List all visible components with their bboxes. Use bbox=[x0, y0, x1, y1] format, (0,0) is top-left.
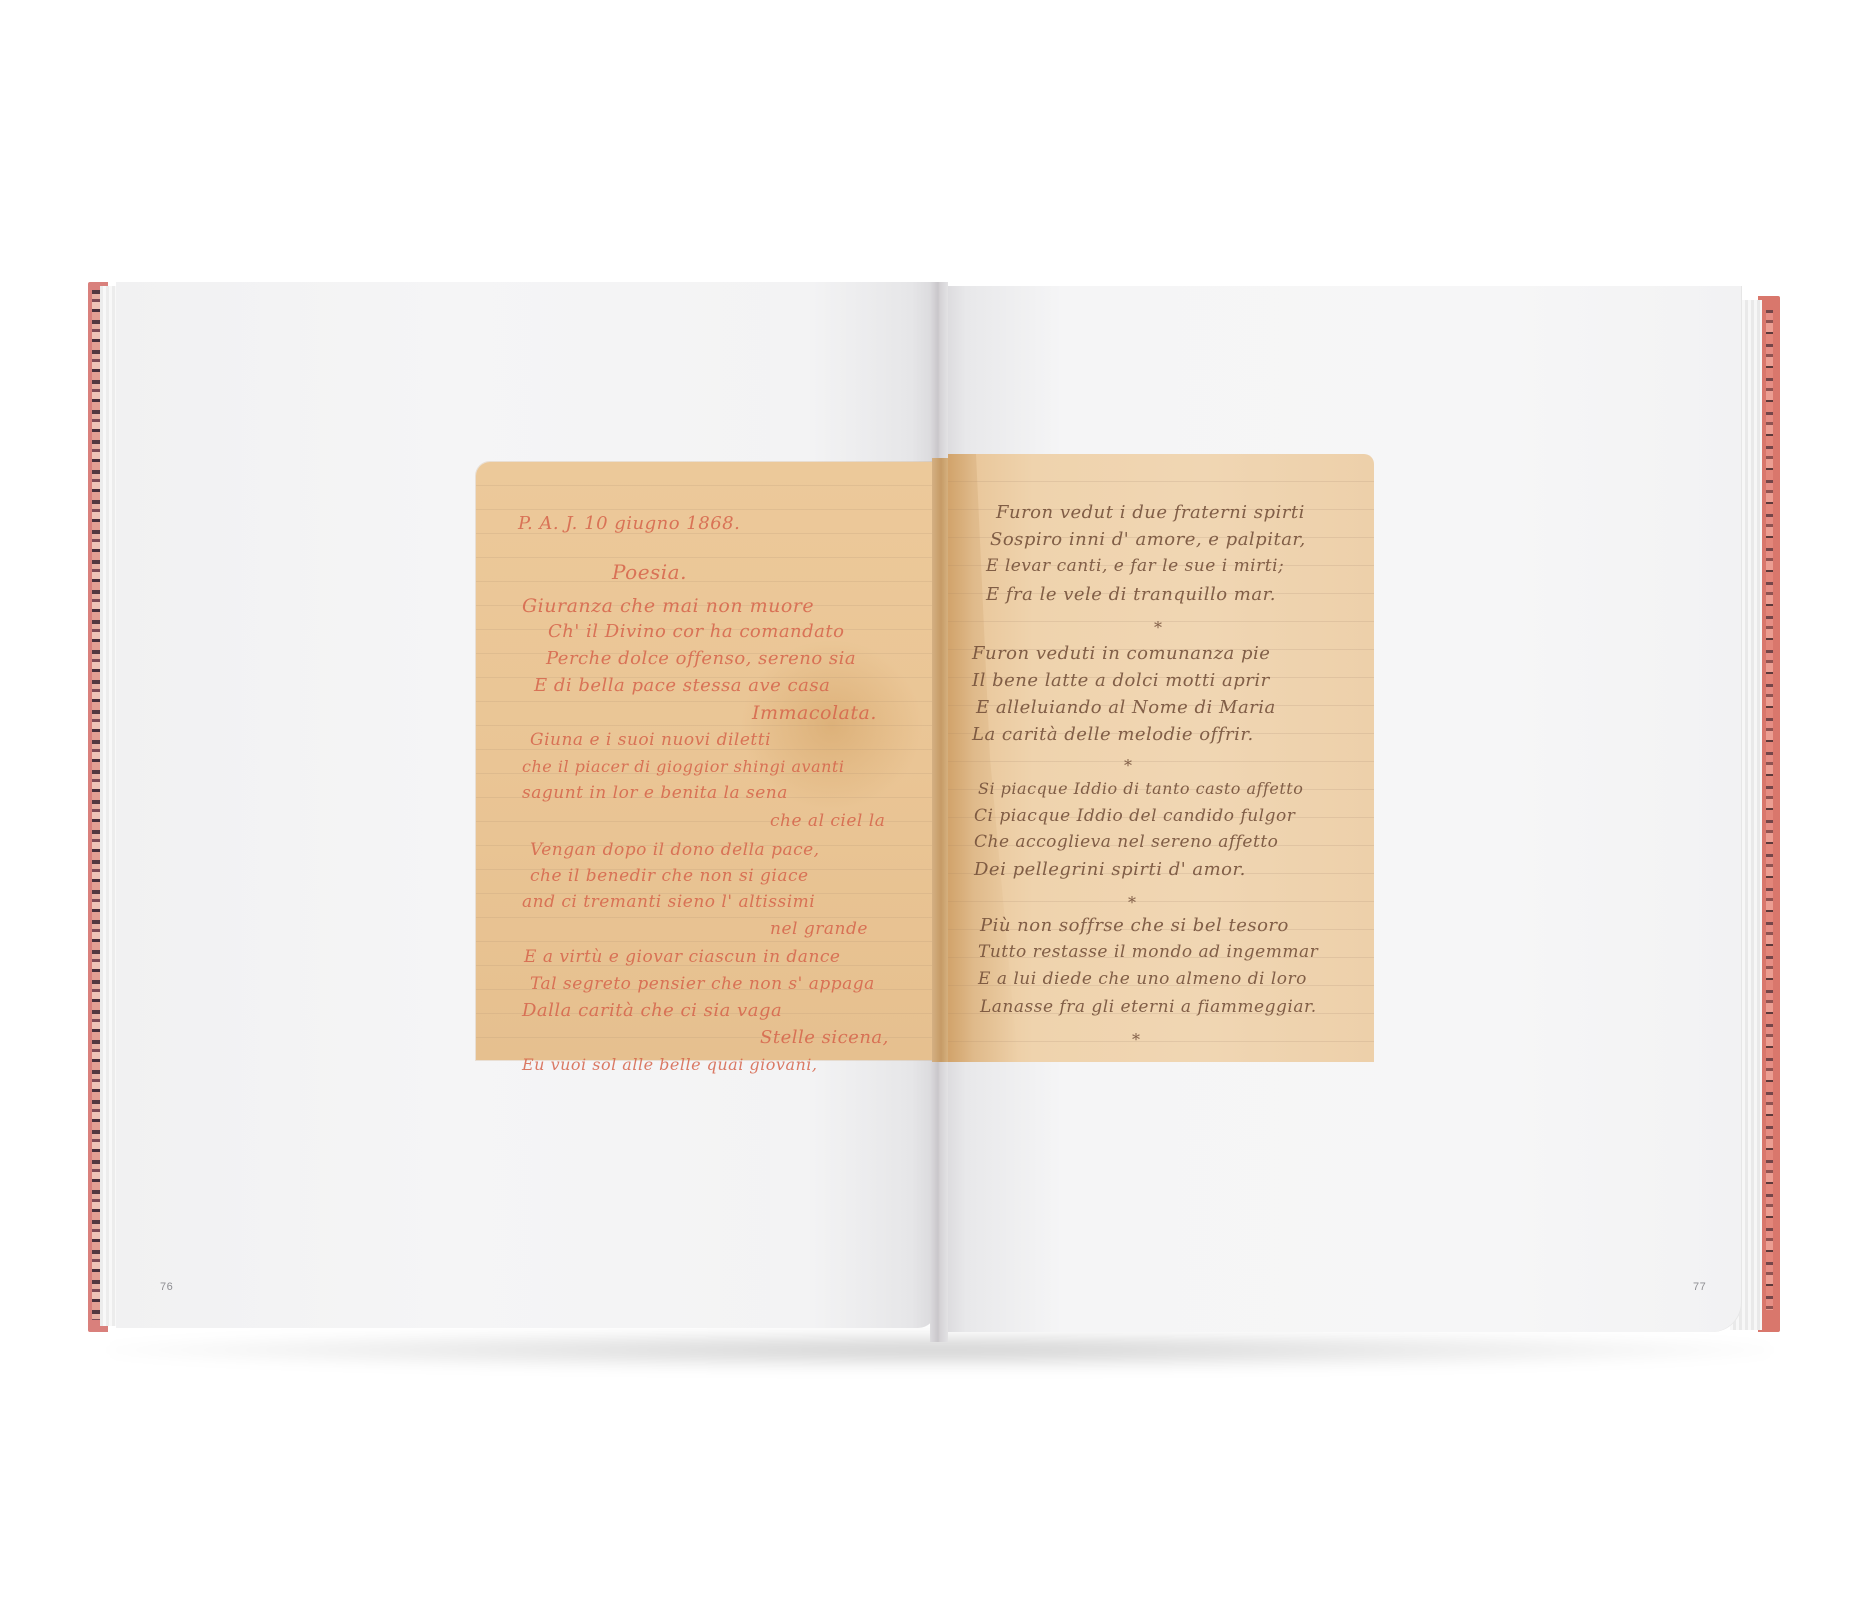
manuscript-line: E a lui diede che uno almeno di loro bbox=[978, 969, 1307, 989]
manuscript-line: Sospiro inni d' amore, e palpitar, bbox=[990, 529, 1306, 550]
manuscript-line: Il bene latte a dolci motti aprir bbox=[972, 670, 1270, 691]
manuscript-line: Che accoglieva nel sereno affetto bbox=[974, 832, 1278, 852]
manuscript-line: Vengan dopo il dono della pace, bbox=[530, 840, 820, 860]
manuscript-line: sagunt in lor e benita la sena bbox=[522, 783, 788, 803]
manuscript-line: Eu vuoi sol alle belle quai giovani, bbox=[522, 1055, 818, 1074]
manuscript-line: Dei pellegrini spirti d' amor. bbox=[974, 859, 1246, 880]
open-book-photo: 76 77 P. A. J. 10 giugno 1868. Poesia. G… bbox=[0, 0, 1850, 1600]
marbled-endpaper-right bbox=[1766, 310, 1773, 1310]
manuscript-line: E fra le vele di tranquillo mar. bbox=[986, 584, 1276, 605]
manuscript-line: Stelle sicena, bbox=[760, 1027, 889, 1048]
manuscript-title: Poesia. bbox=[612, 560, 687, 584]
manuscript-line: nel grande bbox=[770, 919, 868, 939]
manuscript-date-line: P. A. J. 10 giugno 1868. bbox=[518, 513, 740, 534]
manuscript-line: Dalla carità che ci sia vaga bbox=[522, 1000, 782, 1021]
manuscript-line: E di bella pace stessa ave casa bbox=[534, 675, 830, 696]
manuscript-line: E alleluiando al Nome di Maria bbox=[976, 697, 1276, 718]
manuscript-line: E a virtù e giovar ciascun in dance bbox=[524, 947, 840, 967]
manuscript-line: che il benedir che non si giace bbox=[530, 866, 809, 886]
manuscript-line: Più non soffrse che si bel tesoro bbox=[980, 915, 1289, 936]
manuscript-line: Giuranza che mai non muore bbox=[522, 595, 814, 617]
manuscript-line: Tutto restasse il mondo ad ingemmar bbox=[978, 942, 1318, 962]
manuscript-line: Immacolata. bbox=[752, 702, 877, 724]
marbled-endpaper-left bbox=[92, 290, 100, 1320]
manuscript-line: E levar canti, e far le sue i mirti; bbox=[986, 556, 1284, 576]
manuscript-line: Perche dolce offenso, sereno sia bbox=[546, 648, 856, 669]
page-number-left: 76 bbox=[160, 1281, 173, 1293]
manuscript-line: Tal segreto pensier che non s' appaga bbox=[530, 974, 875, 994]
verse-separator-star: * bbox=[1154, 618, 1163, 637]
manuscript-line: Furon veduti in comunanza pie bbox=[972, 643, 1270, 664]
verse-separator-star: * bbox=[1124, 756, 1133, 775]
manuscript-line: Ci piacque Iddio del candido fulgor bbox=[974, 806, 1295, 826]
manuscript-line: Lanasse fra gli eterni a fiammeggiar. bbox=[980, 997, 1317, 1017]
verse-separator-star: * bbox=[1132, 1030, 1141, 1049]
manuscript-line: Ch' il Divino cor ha comandato bbox=[548, 621, 844, 642]
manuscript-line: Giuna e i suoi nuovi diletti bbox=[530, 730, 771, 750]
manuscript-line: che al ciel la bbox=[770, 811, 885, 831]
manuscript-line: Si piacque Iddio di tanto casto affetto bbox=[978, 779, 1303, 798]
page-number-right: 77 bbox=[1693, 1281, 1706, 1293]
verse-separator-star: * bbox=[1128, 893, 1137, 912]
manuscript-line: La carità delle melodie offrir. bbox=[972, 724, 1254, 745]
manuscript-line: Furon vedut i due fraterni spirti bbox=[996, 502, 1305, 523]
manuscript-line: and ci tremanti sieno l' altissimi bbox=[522, 892, 815, 912]
manuscript-line: che il piacer di gioggior shingi avanti bbox=[522, 757, 844, 776]
